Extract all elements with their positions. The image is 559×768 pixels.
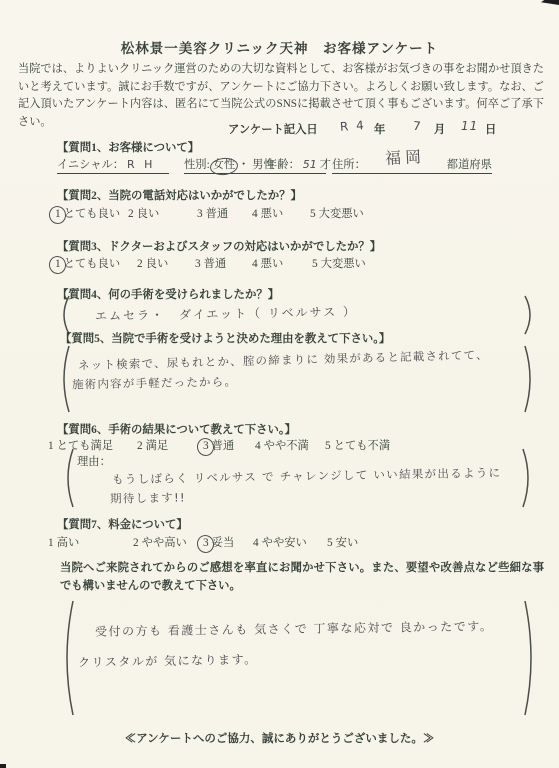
option-number: 2 (133, 537, 139, 549)
q2-option-3: 3普通 (197, 205, 228, 221)
option-label: やや高い (142, 537, 187, 549)
answer-bracket-right (524, 600, 538, 716)
q5-answer-line1-handwritten: ネット検索で、尿もれとか、腟の締まりに 効果があると記載されてて、 (78, 347, 489, 374)
q3-option-1: 1とても良い (55, 255, 120, 271)
gender-label: 性別: (184, 159, 210, 171)
q5-answer-line2-handwritten: 施術内容が手軽だったから。 (72, 374, 237, 393)
option-number: 5 (327, 537, 333, 549)
answer-bracket-right (524, 345, 536, 413)
option-label: とても良い (64, 208, 121, 220)
option-label: 高い (57, 537, 80, 549)
question1-heading: 【質問1、お客様について】 (57, 139, 199, 155)
option-label: やや不満 (264, 440, 309, 452)
question6-options: 1とても満足 2満足 3普通 4やや不満 5とても不満 (0, 437, 559, 454)
gender-field: 性別: 女性 ・ 男性 (184, 156, 275, 174)
option-number: 3 (197, 208, 203, 220)
option-label: 満足 (146, 440, 169, 452)
date-day-handwritten: 11 (461, 119, 478, 133)
age-value-handwritten: 51 (303, 158, 317, 171)
question1-fields: イニシャル： R H 性別: 女性 ・ 男性 年齢： 51 才 住所： 都道府県… (0, 156, 559, 176)
question5-heading: 【質問5、当院で手術を受けようと決めた理由を教えて下さい。】 (60, 330, 390, 346)
feedback-answer-line2-handwritten: クリスタルが 気になります。 (78, 650, 258, 670)
q6-reason-line2-handwritten: 期待します!! (110, 489, 186, 506)
q6-option-3: 3普通 (203, 437, 234, 453)
q6-option-1: 1とても満足 (48, 437, 113, 453)
date-month-label: 月 (434, 121, 445, 137)
address-label: 住所： (332, 156, 366, 173)
thank-you-note: ≪アンケートへのご協力、誠にありがとうございました。≫ (0, 730, 559, 746)
date-label: アンケート記入日 (228, 121, 318, 137)
q3-option-5: 5大変悪い (312, 255, 366, 271)
feedback-prompt: 当院へご来院されてからのご感想を率直にお聞かせ下さい。また、要望や改善点など些細… (60, 560, 544, 595)
option-number: 2 (137, 258, 143, 270)
scanned-questionnaire-page: 松林景一美容クリニック天神 お客様アンケート 当院では、よりよいクリニック運営の… (0, 0, 559, 768)
question3-heading: 【質問3、ドクターおよびスタッフの対応はいかがでしたか？】 (57, 238, 381, 254)
option-label: 大変悪い (319, 208, 364, 220)
option-number: 1 (48, 440, 54, 452)
address-value-handwritten: 福岡 (384, 144, 425, 169)
age-field: 年齢： 51 才 (266, 156, 326, 174)
feedback-answer-line1-handwritten: 受付の方も 看護士さんも 気さくで 丁寧な応対で 良かったです。 (95, 617, 494, 640)
option-number: 1 (55, 258, 61, 270)
gender-separator: ・ (238, 159, 249, 171)
question2-heading: 【質問2、当院の電話対応はいかがでしたか？】 (57, 187, 302, 203)
option-label: 悪い (261, 258, 284, 270)
answer-bracket-left (58, 345, 70, 413)
option-number: 4 (252, 258, 258, 270)
q2-option-4: 4悪い (252, 205, 283, 221)
option-number: 1 (55, 208, 61, 220)
option-label: やや安い (262, 537, 307, 549)
option-number: 2 (128, 208, 134, 220)
age-label: 年齢： (266, 159, 300, 171)
form-title: 松林景一美容クリニック天神 お客様アンケート (0, 37, 559, 57)
option-number: 5 (310, 208, 316, 220)
gender-female: 女性 (213, 159, 236, 171)
option-number: 4 (255, 440, 261, 452)
q2-option-1: 1とても良い (55, 205, 120, 221)
question6-heading: 【質問6、手術の結果について教えて下さい。】 (57, 421, 296, 437)
answer-bracket-left (62, 448, 74, 508)
q7-option-2: 2やや高い (133, 534, 187, 550)
question2-options: 1とても良い 2良い 3普通 4悪い 5大変悪い (0, 205, 559, 222)
answer-bracket-right (524, 295, 536, 335)
date-row: アンケート記入日 R 4 年 7 月 11 日 (0, 121, 559, 141)
answer-bracket-right (522, 448, 534, 508)
option-number: 3 (203, 537, 209, 549)
scan-artifact-top-right (541, 0, 559, 5)
initial-label: イニシャル： (57, 159, 124, 171)
reason-label: 理由： (77, 453, 111, 469)
date-era-handwritten: R 4 (340, 118, 367, 134)
option-number: 4 (253, 537, 259, 549)
q2-option-5: 5大変悪い (310, 205, 364, 221)
option-label: とても良い (64, 258, 121, 270)
q7-option-5: 5安い (327, 534, 358, 550)
scan-artifact-bottom-left (0, 764, 6, 768)
q6-option-4: 4やや不満 (255, 437, 309, 453)
q3-option-3: 3普通 (195, 255, 226, 271)
option-label: 安い (336, 537, 359, 549)
q4-answer-handwritten: エムセラ・ ダイエット（ リベルサス ） (95, 303, 357, 325)
option-label: とても不満 (334, 440, 391, 452)
answer-bracket-left (58, 295, 70, 335)
date-year-label: 年 (374, 121, 385, 137)
option-label: 悪い (261, 208, 284, 220)
date-month-handwritten: 7 (412, 119, 421, 134)
option-label: 妥当 (212, 537, 235, 549)
q7-option-3: 3妥当 (203, 534, 234, 550)
question7-options: 1高い 2やや高い 3妥当 4やや安い 5安い (0, 534, 559, 551)
q3-option-4: 4悪い (252, 255, 283, 271)
option-label: 普通 (206, 208, 229, 220)
q3-option-2: 2良い (137, 255, 168, 271)
option-label: 普通 (212, 440, 235, 452)
initial-field: イニシャル： R H (57, 156, 169, 174)
question4-heading: 【質問4、何の手術を受けられましたか？】 (57, 286, 279, 302)
q2-option-2: 2良い (128, 205, 159, 221)
initial-value-handwritten: R H (127, 158, 155, 171)
option-number: 3 (195, 258, 201, 270)
option-number: 3 (203, 440, 209, 452)
question3-options: 1とても良い 2良い 3普通 4悪い 5大変悪い (0, 255, 559, 272)
option-number: 4 (252, 208, 258, 220)
q6-reason-line1-handwritten: もうしばらく リベルサス で チャレンジして いい結果が出るように (112, 465, 502, 488)
age-unit: 才 (320, 159, 331, 171)
option-label: 大変悪い (321, 258, 366, 270)
q6-option-2: 2満足 (137, 437, 168, 453)
option-number: 2 (137, 440, 143, 452)
option-number: 5 (312, 258, 318, 270)
prefecture-suffix: 都道府県 (447, 156, 492, 173)
question7-heading: 【質問7、料金について】 (57, 516, 188, 532)
option-number: 1 (48, 537, 54, 549)
option-label: 良い (137, 208, 160, 220)
q6-option-5: 5とても不満 (325, 437, 390, 453)
answer-bracket-left (60, 600, 74, 716)
date-day-label: 日 (485, 121, 496, 137)
option-label: 良い (146, 258, 169, 270)
option-label: 普通 (204, 258, 227, 270)
option-number: 5 (325, 440, 331, 452)
q7-option-1: 1高い (48, 534, 79, 550)
q7-option-4: 4やや安い (253, 534, 307, 550)
